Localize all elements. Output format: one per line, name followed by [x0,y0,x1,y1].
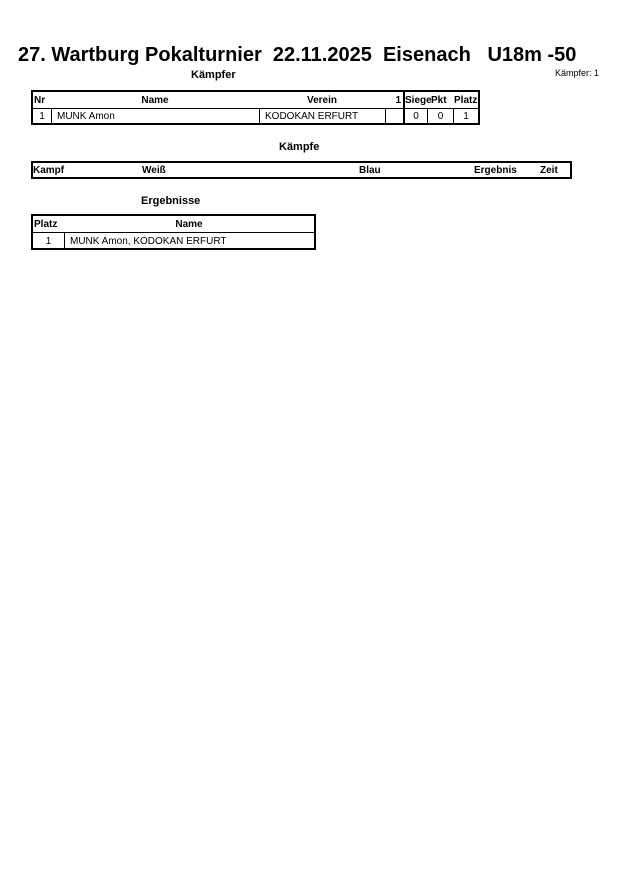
fighters-header-row: Nr Name Verein 1 Siege Pkt Platz [33,92,478,108]
fights-header-row: Kampf Weiß Blau Ergebnis Zeit [33,163,570,177]
fights-section-title: Kämpfe [279,141,319,153]
col-opponent-1: 1 [385,92,404,108]
fights-table: Kampf Weiß Blau Ergebnis Zeit [31,161,572,179]
fighter-club: KODOKAN ERFURT [259,109,385,124]
results-header-row: Platz Name [33,216,314,232]
fighter-name: MUNK Amon [51,109,259,124]
results-table: Platz Name 1 MUNK Amon, KODOKAN ERFURT [31,214,316,250]
page-title: 27. Wartburg Pokalturnier 22.11.2025 Eis… [18,44,576,67]
fighter-nr: 1 [33,109,51,124]
col-wins: Siege [403,92,431,108]
col-place: Platz [33,216,64,232]
col-blue: Blau [359,163,419,177]
col-nr: Nr [33,92,51,108]
fighter-points: 0 [427,109,453,124]
fighter-count: Kämpfer: 1 [555,68,599,78]
col-result: Ergebnis [474,163,534,177]
col-place: Platz [453,92,480,108]
col-points: Pkt [431,92,453,108]
col-fight: Kampf [33,163,93,177]
col-time: Zeit [540,163,570,177]
fighter-wins: 0 [403,109,427,124]
table-row: 1 MUNK Amon KODOKAN ERFURT 0 0 1 [33,108,478,124]
col-name: Name [51,92,259,108]
col-name: Name [64,216,314,232]
result-place: 1 [33,233,64,249]
fighter-place: 1 [453,109,478,124]
col-club: Verein [259,92,385,108]
results-section-title: Ergebnisse [141,195,200,207]
table-row: 1 MUNK Amon, KODOKAN ERFURT [33,232,314,249]
col-white: Weiß [142,163,202,177]
fighters-table: Nr Name Verein 1 Siege Pkt Platz 1 MUNK … [31,90,480,125]
fighter-opponent-1 [385,109,403,124]
fighters-section-title: Kämpfer [191,69,236,81]
result-name: MUNK Amon, KODOKAN ERFURT [64,233,314,249]
